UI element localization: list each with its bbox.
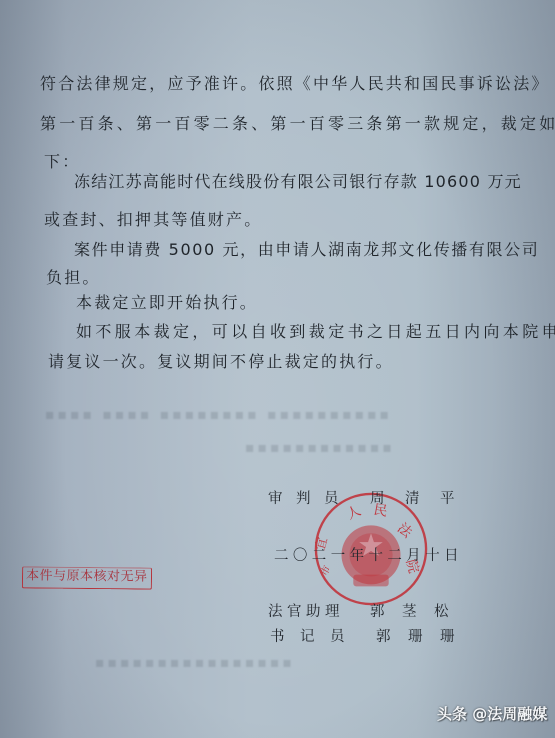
judge-title-char: 审: [268, 490, 296, 508]
ruling-date: 二〇二一年十二月十日: [274, 547, 463, 565]
svg-text:法: 法: [394, 519, 416, 541]
body-line-6: 案件申请费 5000 元，由申请人湖南龙邦文化传播有限公司: [74, 240, 539, 260]
judge-row: 审判员周清平: [268, 490, 455, 508]
assistant-row: 法官助理郭茎松: [268, 603, 449, 621]
body-line-2: 第一百条、第一百零二条、第一百零三条第一款规定，裁定如: [40, 114, 555, 134]
judge-name-char: 平: [440, 490, 455, 508]
assistant-name-char: 郭: [370, 603, 402, 621]
body-line-1: 符合法律规定，应予准许。依照《中华人民共和国民事诉讼法》: [40, 74, 550, 94]
judge-name-char: 周: [370, 490, 405, 508]
judge-name-char: 清: [405, 490, 440, 508]
body-line-5: 或查封、扣押其等值财产。: [44, 210, 262, 230]
body-line-3: 下：: [44, 152, 80, 172]
body-line-4: 冻结江苏高能时代在线股份有限公司银行存款 10600 万元: [74, 172, 522, 192]
assistant-title-char: 官: [287, 603, 306, 621]
bleed-through-text: ▪▪▪▪▪▪▪▪▪▪▪▪: [245, 440, 395, 456]
assistant-title-char: 理: [325, 603, 370, 621]
body-line-10: 请复议一次。复议期间不停止裁定的执行。: [48, 352, 394, 372]
bleed-through-text: ▪▪▪▪ ▪▪▪▪ ▪▪▪▪▪▪▪▪ ▪▪▪▪▪▪▪▪▪▪: [45, 407, 392, 423]
verification-stamp: 本件与原本核对无异: [22, 566, 152, 589]
clerk-title-char: 员: [330, 628, 376, 646]
clerk-name-char: 珊: [440, 628, 455, 646]
clerk-name-char: 珊: [408, 628, 440, 646]
clerk-title-char: 书: [270, 628, 300, 646]
assistant-title-char: 助: [306, 603, 325, 621]
body-line-8: 本裁定立即开始执行。: [76, 293, 258, 313]
body-line-7: 负担。: [46, 268, 101, 288]
assistant-name-char: 茎: [402, 603, 434, 621]
judge-title-char: 判: [296, 490, 324, 508]
assistant-title-char: 法: [268, 603, 287, 621]
judge-title-char: 员: [324, 490, 370, 508]
clerk-row: 书记员郭珊珊: [270, 628, 455, 646]
bleed-through-text: ▪▪▪▪▪▪▪▪▪▪▪▪▪▪▪▪: [95, 655, 295, 671]
watermark: 头条 @法周融媒: [437, 703, 547, 724]
clerk-title-char: 记: [300, 628, 330, 646]
clerk-name-char: 郭: [376, 628, 408, 646]
assistant-name-char: 松: [434, 603, 449, 621]
body-line-9: 如不服本裁定，可以自收到裁定书之日起五日内向本院申: [76, 322, 555, 342]
